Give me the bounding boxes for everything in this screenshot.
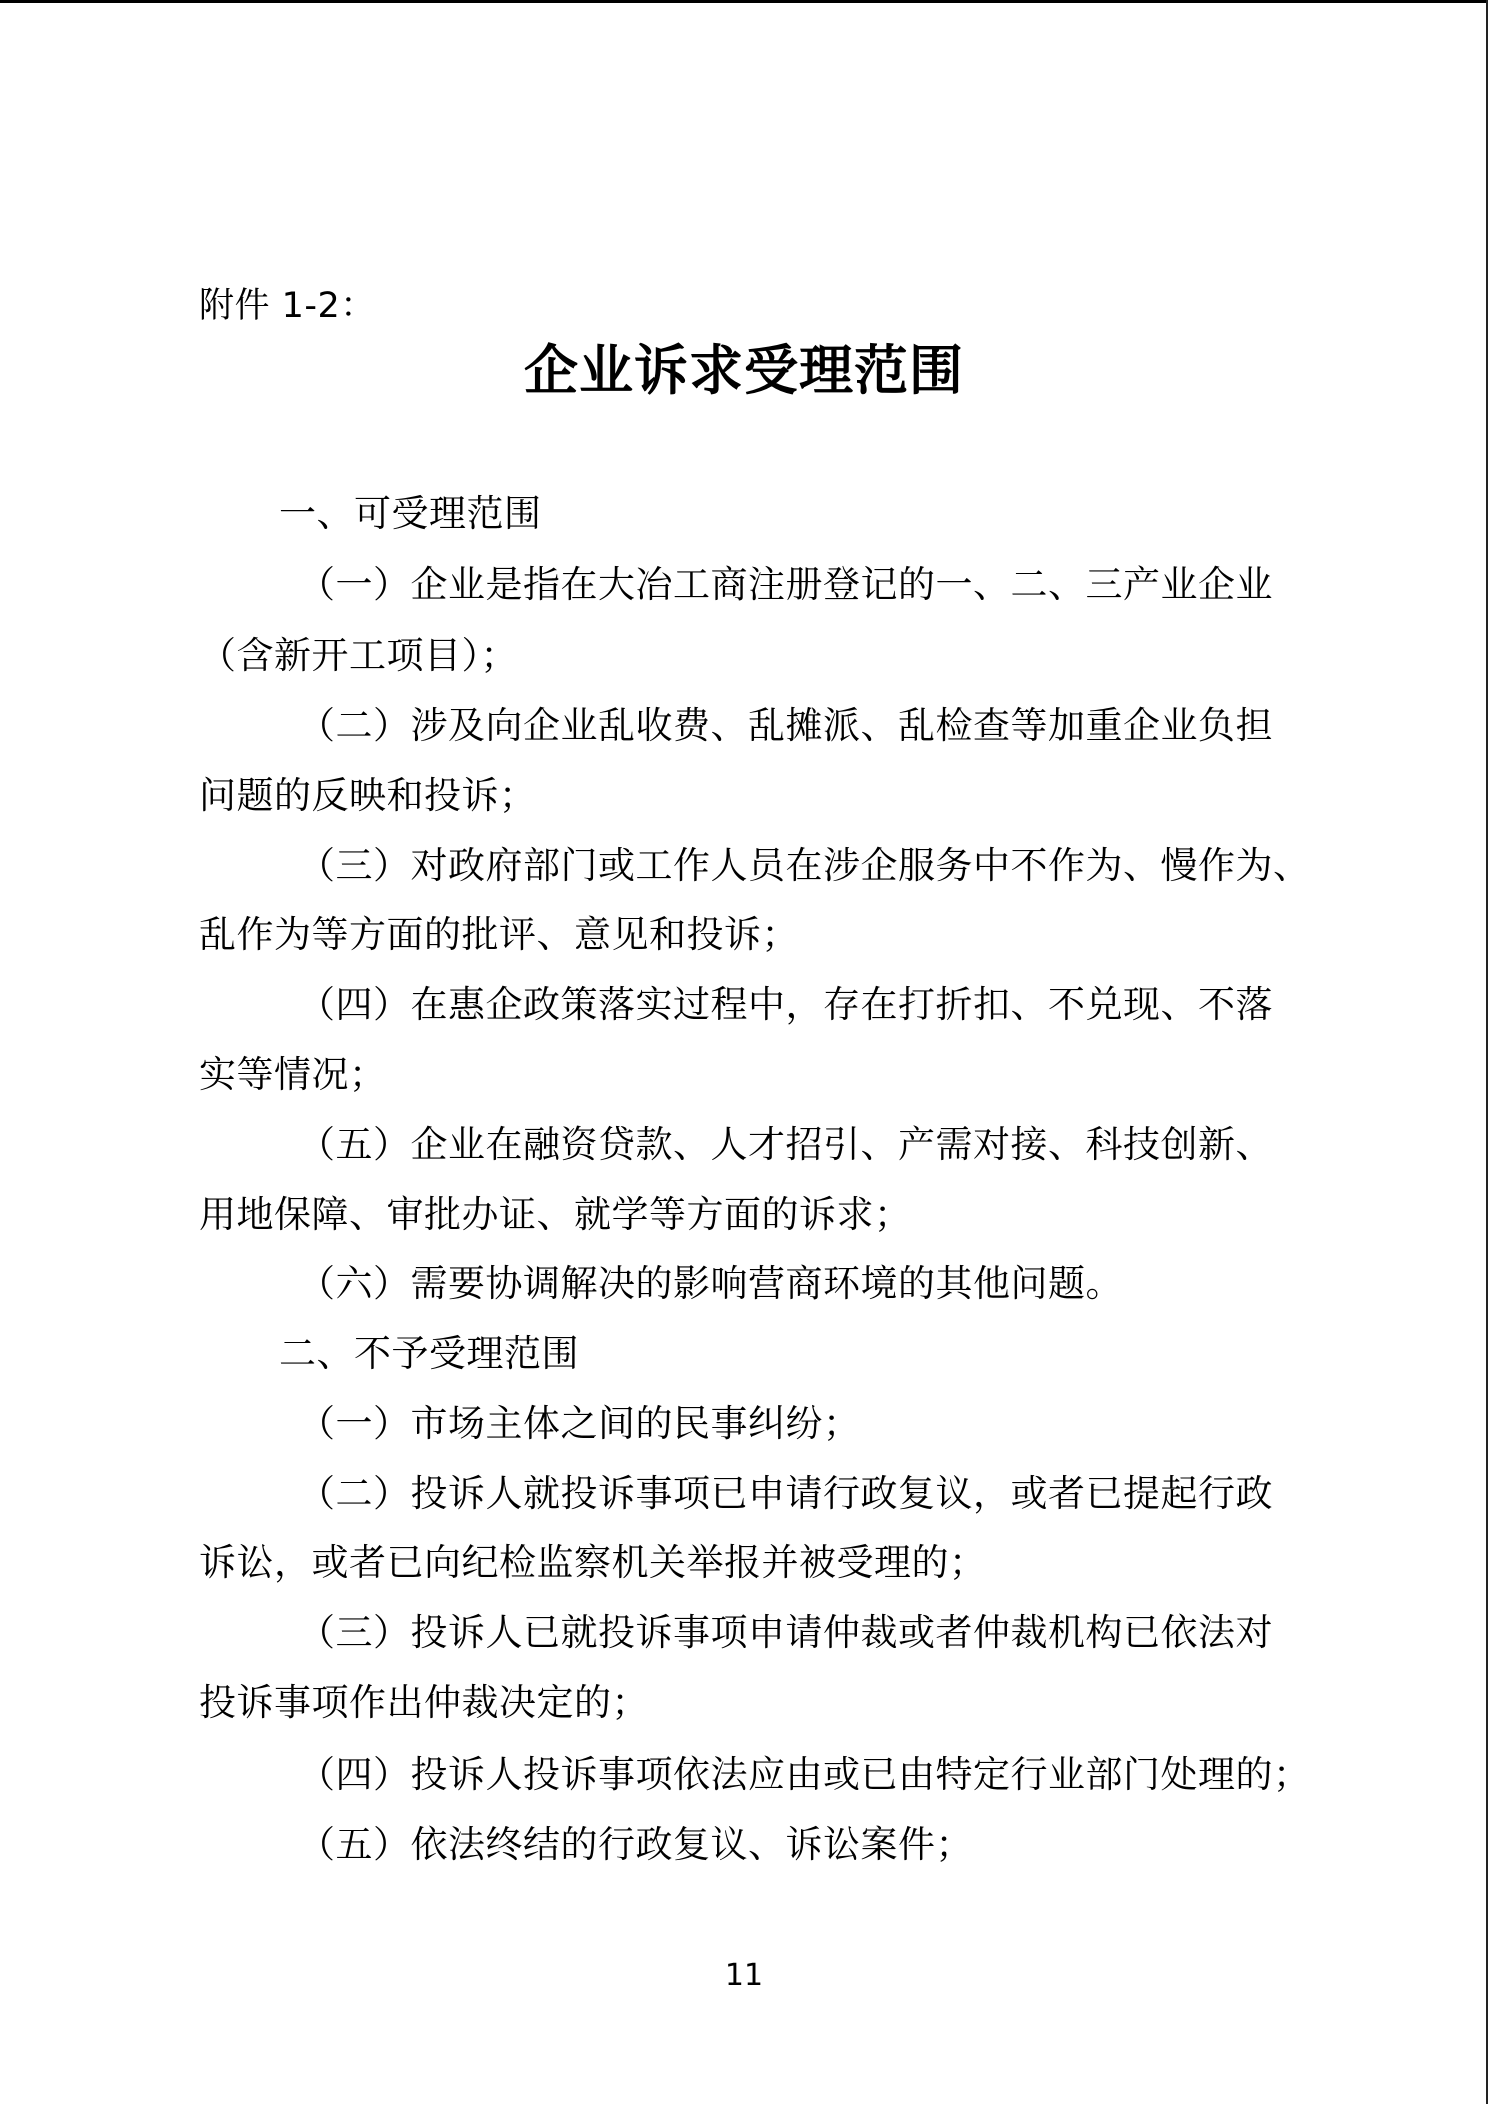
list-item-continuation: 乱作为等方面的批评、意见和投诉； (199, 913, 799, 957)
list-item-continuation: （含新开工项目）； (199, 634, 518, 678)
list-item: （三）投诉人已就投诉事项申请仲裁或者仲裁机构已依法对 (298, 1611, 1273, 1655)
list-item-continuation: 用地保障、审批办证、就学等方面的诉求； (199, 1193, 912, 1237)
list-item: （一）企业是指在大冶工商注册登记的一、二、三产业企业 (298, 563, 1273, 607)
list-item-continuation: 实等情况； (199, 1053, 387, 1097)
list-item-continuation: 诉讼，或者已向纪检监察机关举报并被受理的； (199, 1541, 987, 1585)
list-item: （五）企业在融资贷款、人才招引、产需对接、科技创新、 (298, 1123, 1273, 1167)
list-item: （四）投诉人投诉事项依法应由或已由特定行业部门处理的； (298, 1753, 1311, 1797)
section-heading-acceptable: 一、可受理范围 (279, 492, 542, 536)
document-title: 企业诉求受理范围 (0, 340, 1488, 400)
list-item: （六）需要协调解决的影响营商环境的其他问题。 (298, 1262, 1123, 1306)
list-item: （四）在惠企政策落实过程中，存在打折扣、不兑现、不落 (298, 983, 1273, 1027)
list-item: （二）投诉人就投诉事项已申请行政复议，或者已提起行政 (298, 1472, 1273, 1516)
list-item: （五）依法终结的行政复议、诉讼案件； (298, 1823, 973, 1867)
attachment-label: 附件 1-2： (199, 284, 376, 328)
list-item-continuation: 问题的反映和投诉； (199, 774, 537, 818)
list-item: （一）市场主体之间的民事纠纷； (298, 1402, 861, 1446)
list-item: （三）对政府部门或工作人员在涉企服务中不作为、慢作为、 (298, 844, 1311, 888)
section-heading-not-acceptable: 二、不予受理范围 (279, 1332, 579, 1376)
page-top-border (0, 0, 1488, 3)
page-number: 11 (0, 1958, 1488, 1994)
list-item: （二）涉及向企业乱收费、乱摊派、乱检查等加重企业负担 (298, 704, 1273, 748)
list-item-continuation: 投诉事项作出仲裁决定的； (199, 1681, 649, 1725)
